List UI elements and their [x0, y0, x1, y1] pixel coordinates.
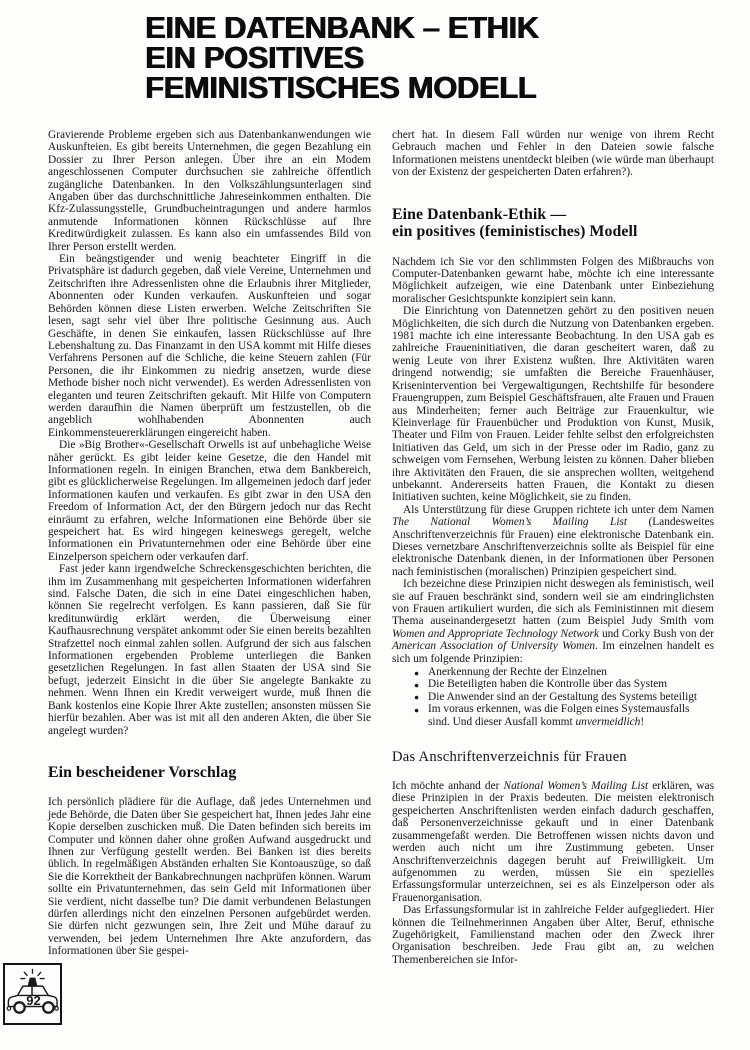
paragraph: Ein beängstigender und wenig beachteter … [48, 253, 371, 439]
left-column: Gravierende Probleme ergeben sich aus Da… [48, 129, 371, 958]
paragraph: Nachdem ich Sie vor den schlimmsten Folg… [392, 256, 714, 306]
heading-line: Ein bescheidener Vorschlag [48, 764, 371, 782]
paragraph: Das Erfassungsformular ist in zahlreiche… [392, 904, 714, 966]
text-run: Die Einrichtung von Datennetzen gehört z… [392, 305, 714, 503]
italic-text-run: The National Women’s Mailing List [392, 516, 627, 528]
text-run: Ich möchte anhand der [392, 780, 504, 792]
heading-line: Das Anschriftenverzeichnis für Frauen [392, 749, 714, 765]
italic-text-run: National Women’s Mailing List [504, 780, 649, 792]
bullet-item: Die Beteiligten haben die Kontrolle über… [428, 678, 714, 690]
italic-text-run: American Association of University Women [392, 640, 595, 652]
article-title-line: FEMINISTISCHES MODELL [145, 73, 539, 103]
page-number: 92 [26, 993, 40, 1008]
text-run: Im voraus erkennen, was die Folgen eines… [428, 703, 689, 727]
text-run: Gravierende Probleme ergeben sich aus Da… [48, 129, 371, 253]
bullet-item: Die Anwender sind an der Gestaltung des … [428, 691, 714, 703]
article-title-line: EINE DATENBANK – ETHIK [145, 13, 539, 43]
bullet-item: Im voraus erkennen, was die Folgen eines… [428, 703, 714, 728]
bullet-item: Anerkennung der Rechte der Einzelnen [428, 666, 714, 678]
text-run: Anerkennung der Rechte der Einzelnen [428, 666, 607, 678]
paragraph: Ich möchte anhand der National Women’s M… [392, 780, 714, 904]
article-title-line: EIN POSITIVES [145, 43, 539, 73]
paragraph: Als Unterstützung für diese Gruppen rich… [392, 504, 714, 578]
text-run: ! [640, 716, 644, 728]
paragraph: Ich bezeichne diese Prinzipien nicht des… [392, 578, 714, 665]
text-run: Die Beteiligten haben die Kontrolle über… [428, 678, 667, 690]
heading-line: Eine Datenbank-Ethik — [392, 206, 714, 224]
paragraph: Gravierende Probleme ergeben sich aus Da… [48, 129, 371, 253]
text-run: Ich bezeichne diese Prinzipien nicht des… [392, 578, 714, 627]
italic-text-run: unvermeidlich [575, 716, 640, 728]
text-run: und Corky Bush von der [599, 628, 714, 640]
article-title: EINE DATENBANK – ETHIK EIN POSITIVES FEM… [145, 13, 539, 103]
right-column: chert hat. In diesem Fall würden nur wen… [392, 129, 714, 966]
police-car-icon: 92 [6, 966, 59, 1022]
paragraph: Die Einrichtung von Datennetzen gehört z… [392, 305, 714, 504]
text-run: Ich persönlich plädiere für die Auflage,… [48, 796, 371, 957]
book-page: EINE DATENBANK – ETHIK EIN POSITIVES FEM… [0, 0, 750, 1050]
text-run: Ein beängstigender und wenig beachteter … [48, 253, 371, 439]
text-run: Fast jeder kann irgendwelche Schreckensg… [48, 563, 371, 736]
text-run: Die »Big Brother«-Gesellschaft Orwells i… [48, 439, 371, 563]
text-run: erklären, was diese Prinzipien in der Pr… [392, 780, 714, 904]
page-number-box: 92 [3, 963, 62, 1025]
section-heading: Eine Datenbank-Ethik —ein positives (fem… [392, 206, 714, 241]
paragraph: Fast jeder kann irgendwelche Schreckensg… [48, 563, 371, 737]
paragraph: chert hat. In diesem Fall würden nur wen… [392, 129, 714, 179]
paragraph: Ich persönlich plädiere für die Auflage,… [48, 796, 371, 957]
text-run: chert hat. In diesem Fall würden nur wen… [392, 129, 714, 178]
section-heading: Ein bescheidener Vorschlag [48, 764, 371, 782]
text-run: Nachdem ich Sie vor den schlimmsten Folg… [392, 256, 714, 305]
heading-line: ein positives (feministisches) Modell [392, 223, 714, 241]
text-run: Als Unterstützung für diese Gruppen rich… [403, 504, 714, 516]
text-run: Die Anwender sind an der Gestaltung des … [428, 691, 697, 703]
text-run: Das Erfassungsformular ist in zahlreiche… [392, 904, 714, 966]
subsection-heading: Das Anschriftenverzeichnis für Frauen [392, 749, 714, 765]
principles-bullet-list: Anerkennung der Rechte der EinzelnenDie … [392, 666, 714, 728]
paragraph: Die »Big Brother«-Gesellschaft Orwells i… [48, 439, 371, 563]
italic-text-run: Women and Appropriate Technology Network [392, 628, 599, 640]
